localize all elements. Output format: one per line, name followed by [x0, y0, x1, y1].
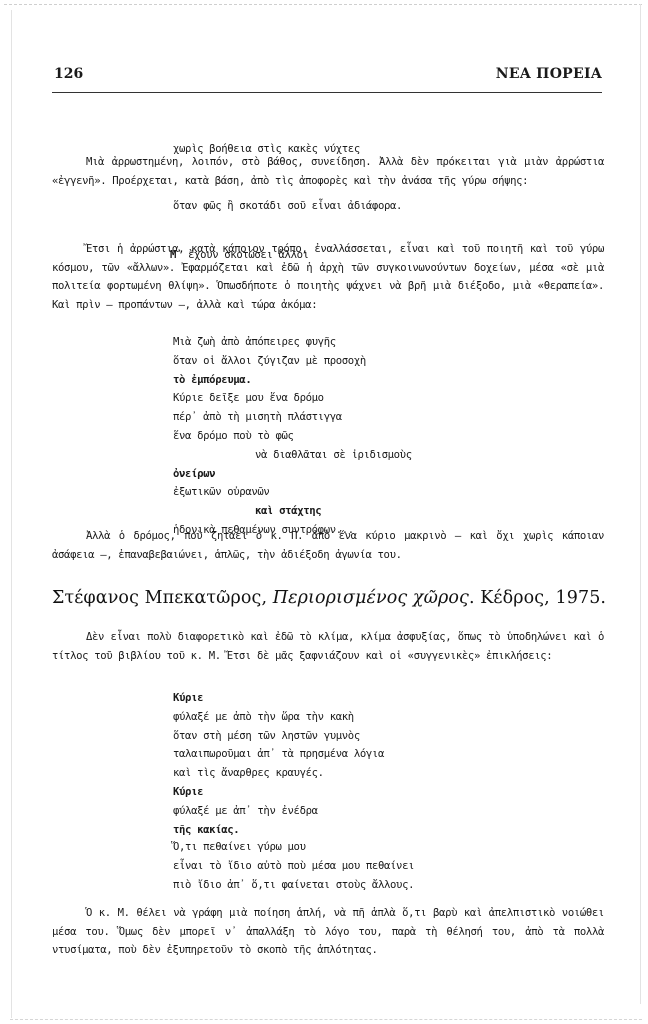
running-head: 126 ΝΕΑ ΠΟΡΕΙΑ [52, 66, 602, 86]
verse-line: Μιὰ ζωὴ ἀπὸ ἀπόπειρες φυγῆς [173, 333, 412, 352]
verse-line: ὅταν οἱ ἄλλοι ζύγιζαν μὲ προσοχὴ [173, 352, 412, 371]
verse-block-3: Κύριεφύλαξέ με ἀπὸ τὴν ὥρα τὴν κακὴὅταν … [173, 689, 384, 839]
book-title: Περιορισμένος χῶρος [273, 588, 469, 608]
scan-edge-right [640, 4, 641, 1004]
scan-edge-top [4, 4, 642, 5]
scan-edge-left [11, 10, 12, 1018]
verse-line: νὰ διαθλᾶται σὲ ἰριδισμοὺς [173, 446, 412, 465]
verse-line: ἕνα δρόμο ποὺ τὸ φῶς [173, 427, 412, 446]
verse-line: ἐξωτικῶν οὐρανῶν [173, 483, 412, 502]
review-heading: Στέφανος Μπεκατῶρος, Περιορισμένος χῶρος… [52, 589, 612, 608]
paragraph-2: Ἔτσι ἡ ἀρρώστια, κατὰ κάποιον τρόπο, ἐνα… [52, 240, 604, 315]
verse-line: ὅταν στὴ μέση τῶν ληστῶν γυμνὸς [173, 727, 384, 746]
author-name: Στέφανος Μπεκατῶρος, [52, 588, 267, 608]
paragraph-5: Ὁ κ. Μ. θέλει νὰ γράφη μιὰ ποίηση ἁπλή, … [52, 904, 604, 960]
verse-line: καὶ στάχτης [173, 502, 412, 521]
verse-block-4: Ὅ,τι πεθαίνει γύρω μουεἶναι τὸ ἴδιο αὐτὸ… [173, 838, 414, 894]
verse-line: Κύριε [173, 689, 384, 708]
scan-edge-bottom [10, 1019, 642, 1020]
verse-line: εἶναι τὸ ἴδιο αὐτὸ ποὺ μέσα μου πεθαίνει [173, 857, 414, 876]
verse-line: Ὅ,τι πεθαίνει γύρω μου [173, 838, 414, 857]
verse-line: τῆς κακίας. [173, 821, 384, 840]
verse-line: πιὸ ἴδιο ἀπ᾽ ὅ,τι φαίνεται στοὺς ἄλλους. [173, 876, 414, 895]
verse-line: ὀνείρων [173, 465, 412, 484]
verse-line: φύλαξέ με ἀπὸ τὴν ὥρα τὴν κακὴ [173, 708, 384, 727]
paragraph-3: Ἀλλὰ ὁ δρόμος, ποὺ ζητάει ὁ κ. Π. ἀπὸ ἕν… [52, 527, 604, 564]
verse-line: Κύριε [173, 783, 384, 802]
verse-line: Κύριε δεῖξε μου ἕνα δρόμο [173, 389, 412, 408]
verse-line: πέρ᾽ ἀπὸ τὴ μισητὴ πλάστιγγα [173, 408, 412, 427]
verse-block-2: Μιὰ ζωὴ ἀπὸ ἀπόπειρες φυγῆςὅταν οἱ ἄλλοι… [173, 333, 412, 540]
publisher-year: . Κέδρος, 1975. [469, 588, 606, 608]
verse-line: ταλαιπωροῦμαι ἀπ᾽ τὰ πρησμένα λόγια [173, 745, 384, 764]
page-number: 126 [54, 66, 83, 82]
paragraph-1: Μιὰ ἀρρωστημένη, λοιπόν, στὸ βάθος, συνε… [52, 153, 604, 190]
verse-line: καὶ τὶς ἄναρθρες κραυγές. [173, 764, 384, 783]
header-rule [52, 92, 602, 93]
verse-line: φύλαξέ με ἀπ᾽ τὴν ἐνέδρα [173, 802, 384, 821]
paragraph-4: Δὲν εἶναι πολὺ διαφορετικὸ καὶ ἐδῶ τὸ κλ… [52, 628, 604, 665]
verse-line: τὸ ἐμπόρευμα. [173, 371, 412, 390]
journal-title: ΝΕΑ ΠΟΡΕΙΑ [496, 66, 602, 82]
